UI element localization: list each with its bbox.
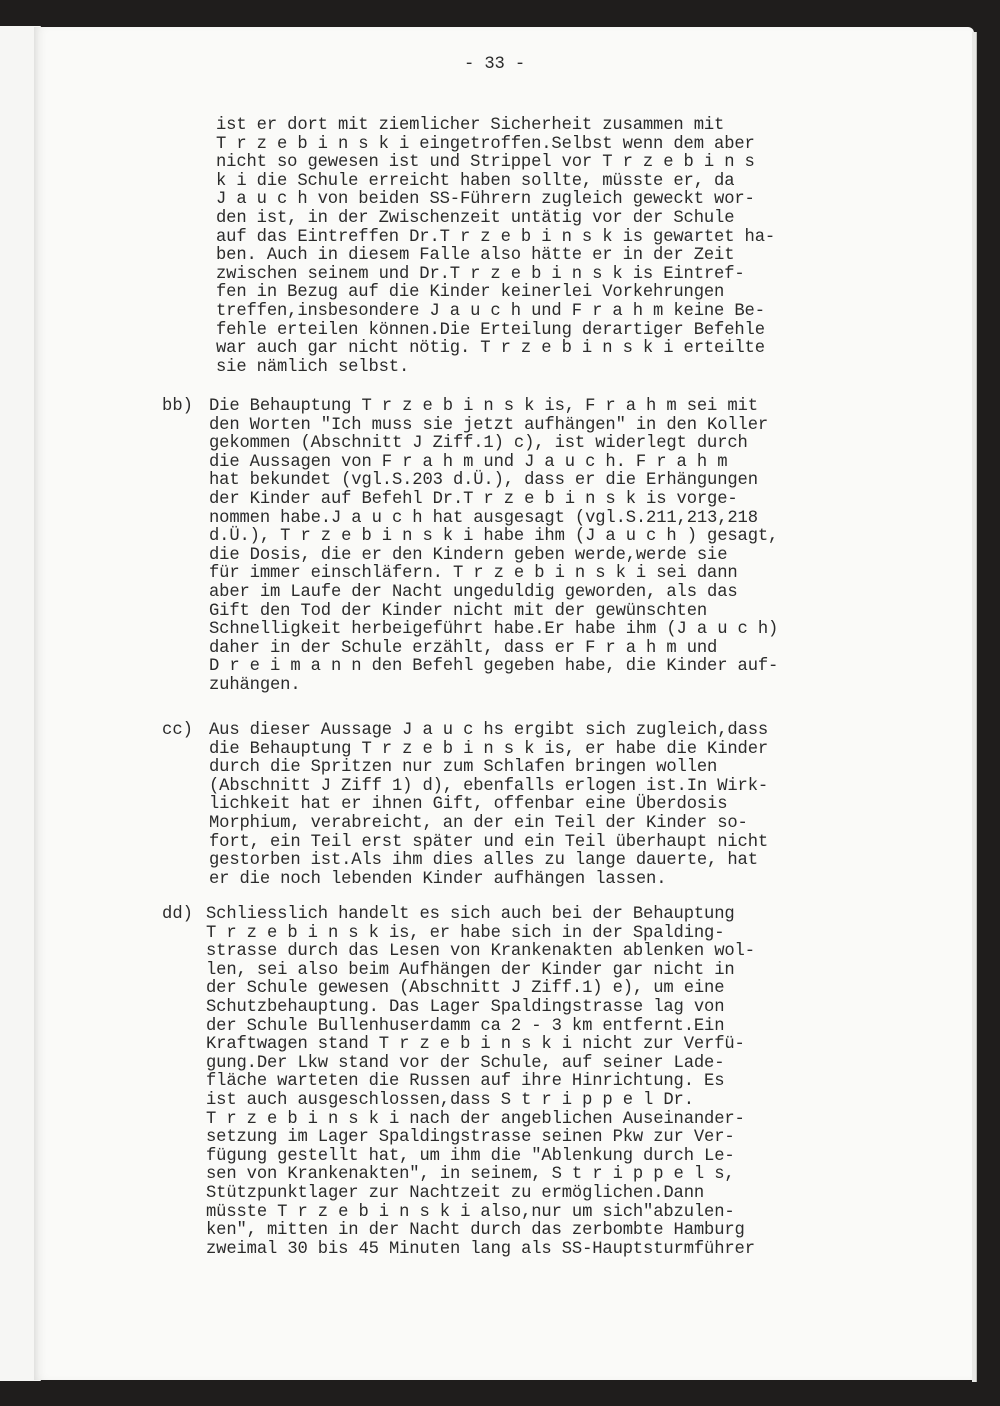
text-line: der Schule Bullenhuserdamm ca 2 - 3 km e… <box>206 1018 755 1037</box>
text-line: die Dosis, die er den Kindern geben werd… <box>209 547 778 566</box>
text-line: k i die Schule erreicht haben sollte, mü… <box>216 173 775 192</box>
text-line: sen von Krankenakten", in seinem, S t r … <box>206 1166 755 1185</box>
section-dd-paragraph: Schliesslich handelt es sich auch bei de… <box>206 906 755 1259</box>
text-line: (Abschnitt J Ziff 1) d), ebenfalls erlog… <box>209 778 768 797</box>
section-label-dd: dd) <box>162 906 193 925</box>
text-line: den Worten "Ich muss sie jetzt aufhängen… <box>209 417 778 436</box>
text-line: fort, ein Teil erst später und ein Teil … <box>209 834 768 853</box>
text-line: aber im Laufe der Nacht ungeduldig gewor… <box>209 584 778 603</box>
text-line: fügung gestellt hat, um ihm die "Ablenku… <box>206 1148 755 1167</box>
text-line: nicht so gewesen ist und Strippel vor T … <box>216 154 775 173</box>
text-line: T r z e b i n s k i nach der angeblichen… <box>206 1111 755 1130</box>
text-line: J a u c h von beiden SS-Führern zugleich… <box>216 191 775 210</box>
text-line: Schnelligkeit herbeigeführt habe.Er habe… <box>209 621 778 640</box>
text-line: Morphium, verabreicht, an der ein Teil d… <box>209 815 768 834</box>
text-line: Schutzbehauptung. Das Lager Spaldingstra… <box>206 999 755 1018</box>
text-line: T r z e b i n s k is, er habe sich in de… <box>206 925 755 944</box>
text-line: ist er dort mit ziemlicher Sicherheit zu… <box>216 117 775 136</box>
text-line: für immer einschläfern. T r z e b i n s … <box>209 565 778 584</box>
text-line: ben. Auch in diesem Falle also hätte er … <box>216 247 775 266</box>
text-line: der Schule gewesen (Abschnitt J Ziff.1) … <box>206 980 755 999</box>
page-number: - 33 - <box>464 56 525 75</box>
section-label-bb: bb) <box>162 398 193 417</box>
text-line: Die Behauptung T r z e b i n s k is, F r… <box>209 398 778 417</box>
intro-paragraph: ist er dort mit ziemlicher Sicherheit zu… <box>216 117 775 377</box>
text-line: zweimal 30 bis 45 Minuten lang als SS-Ha… <box>206 1241 755 1260</box>
text-line: Schliesslich handelt es sich auch bei de… <box>206 906 755 925</box>
text-line: zwischen seinem und Dr.T r z e b i n s k… <box>216 266 775 285</box>
text-line: nommen habe.J a u c h hat ausgesagt (vgl… <box>209 510 778 529</box>
page-stack-edge <box>972 32 977 1382</box>
text-line: Stützpunktlager zur Nachtzeit zu ermögli… <box>206 1185 755 1204</box>
text-line: ken", mitten in der Nacht durch das zerb… <box>206 1222 755 1241</box>
text-line: hat bekundet (vgl.S.203 d.Ü.), dass er d… <box>209 472 778 491</box>
section-cc-paragraph: Aus dieser Aussage J a u c hs ergibt sic… <box>209 722 768 889</box>
text-line: len, sei also beim Aufhängen der Kinder … <box>206 962 755 981</box>
text-line: fen in Bezug auf die Kinder keinerlei Vo… <box>216 284 775 303</box>
text-line: die Behauptung T r z e b i n s k is, er … <box>209 741 768 760</box>
text-line: setzung im Lager Spaldingstrasse seinen … <box>206 1129 755 1148</box>
text-line: strasse durch das Lesen von Krankenakten… <box>206 943 755 962</box>
text-line: der Kinder auf Befehl Dr.T r z e b i n s… <box>209 491 778 510</box>
text-line: fläche warteten die Russen auf ihre Hinr… <box>206 1073 755 1092</box>
text-line: sie nämlich selbst. <box>216 359 775 378</box>
text-line: müsste T r z e b i n s k i also,nur um s… <box>206 1204 755 1223</box>
section-label-cc: cc) <box>162 722 193 741</box>
text-line: gung.Der Lkw stand vor der Schule, auf s… <box>206 1055 755 1074</box>
section-bb-paragraph: Die Behauptung T r z e b i n s k is, F r… <box>209 398 778 696</box>
text-line: T r z e b i n s k i eingetroffen.Selbst … <box>216 136 775 155</box>
text-line: fehle erteilen können.Die Erteilung dera… <box>216 322 775 341</box>
text-line: treffen,insbesondere J a u c h und F r a… <box>216 303 775 322</box>
text-line: D r e i m a n n den Befehl gegeben habe,… <box>209 658 778 677</box>
text-line: war auch gar nicht nötig. T r z e b i n … <box>216 340 775 359</box>
text-line: Gift den Tod der Kinder nicht mit der ge… <box>209 603 778 622</box>
text-line: durch die Spritzen nur zum Schlafen brin… <box>209 759 768 778</box>
text-line: Kraftwagen stand T r z e b i n s k i nic… <box>206 1036 755 1055</box>
text-line: gestorben ist.Als ihm dies alles zu lang… <box>209 852 768 871</box>
text-line: die Aussagen von F r a h m und J a u c h… <box>209 454 778 473</box>
text-line: ist auch ausgeschlossen,dass S t r i p p… <box>206 1092 755 1111</box>
text-line: er die noch lebenden Kinder aufhängen la… <box>209 871 768 890</box>
text-line: Aus dieser Aussage J a u c hs ergibt sic… <box>209 722 768 741</box>
text-line: zuhängen. <box>209 677 778 696</box>
text-line: daher in der Schule erzählt, dass er F r… <box>209 640 778 659</box>
text-line: auf das Eintreffen Dr.T r z e b i n s k … <box>216 229 775 248</box>
text-line: den ist, in der Zwischenzeit untätig vor… <box>216 210 775 229</box>
text-line: lichkeit hat er ihnen Gift, offenbar ein… <box>209 796 768 815</box>
text-line: gekommen (Abschnitt J Ziff.1) c), ist wi… <box>209 435 778 454</box>
text-line: d.Ü.), T r z e b i n s k i habe ihm (J a… <box>209 528 778 547</box>
